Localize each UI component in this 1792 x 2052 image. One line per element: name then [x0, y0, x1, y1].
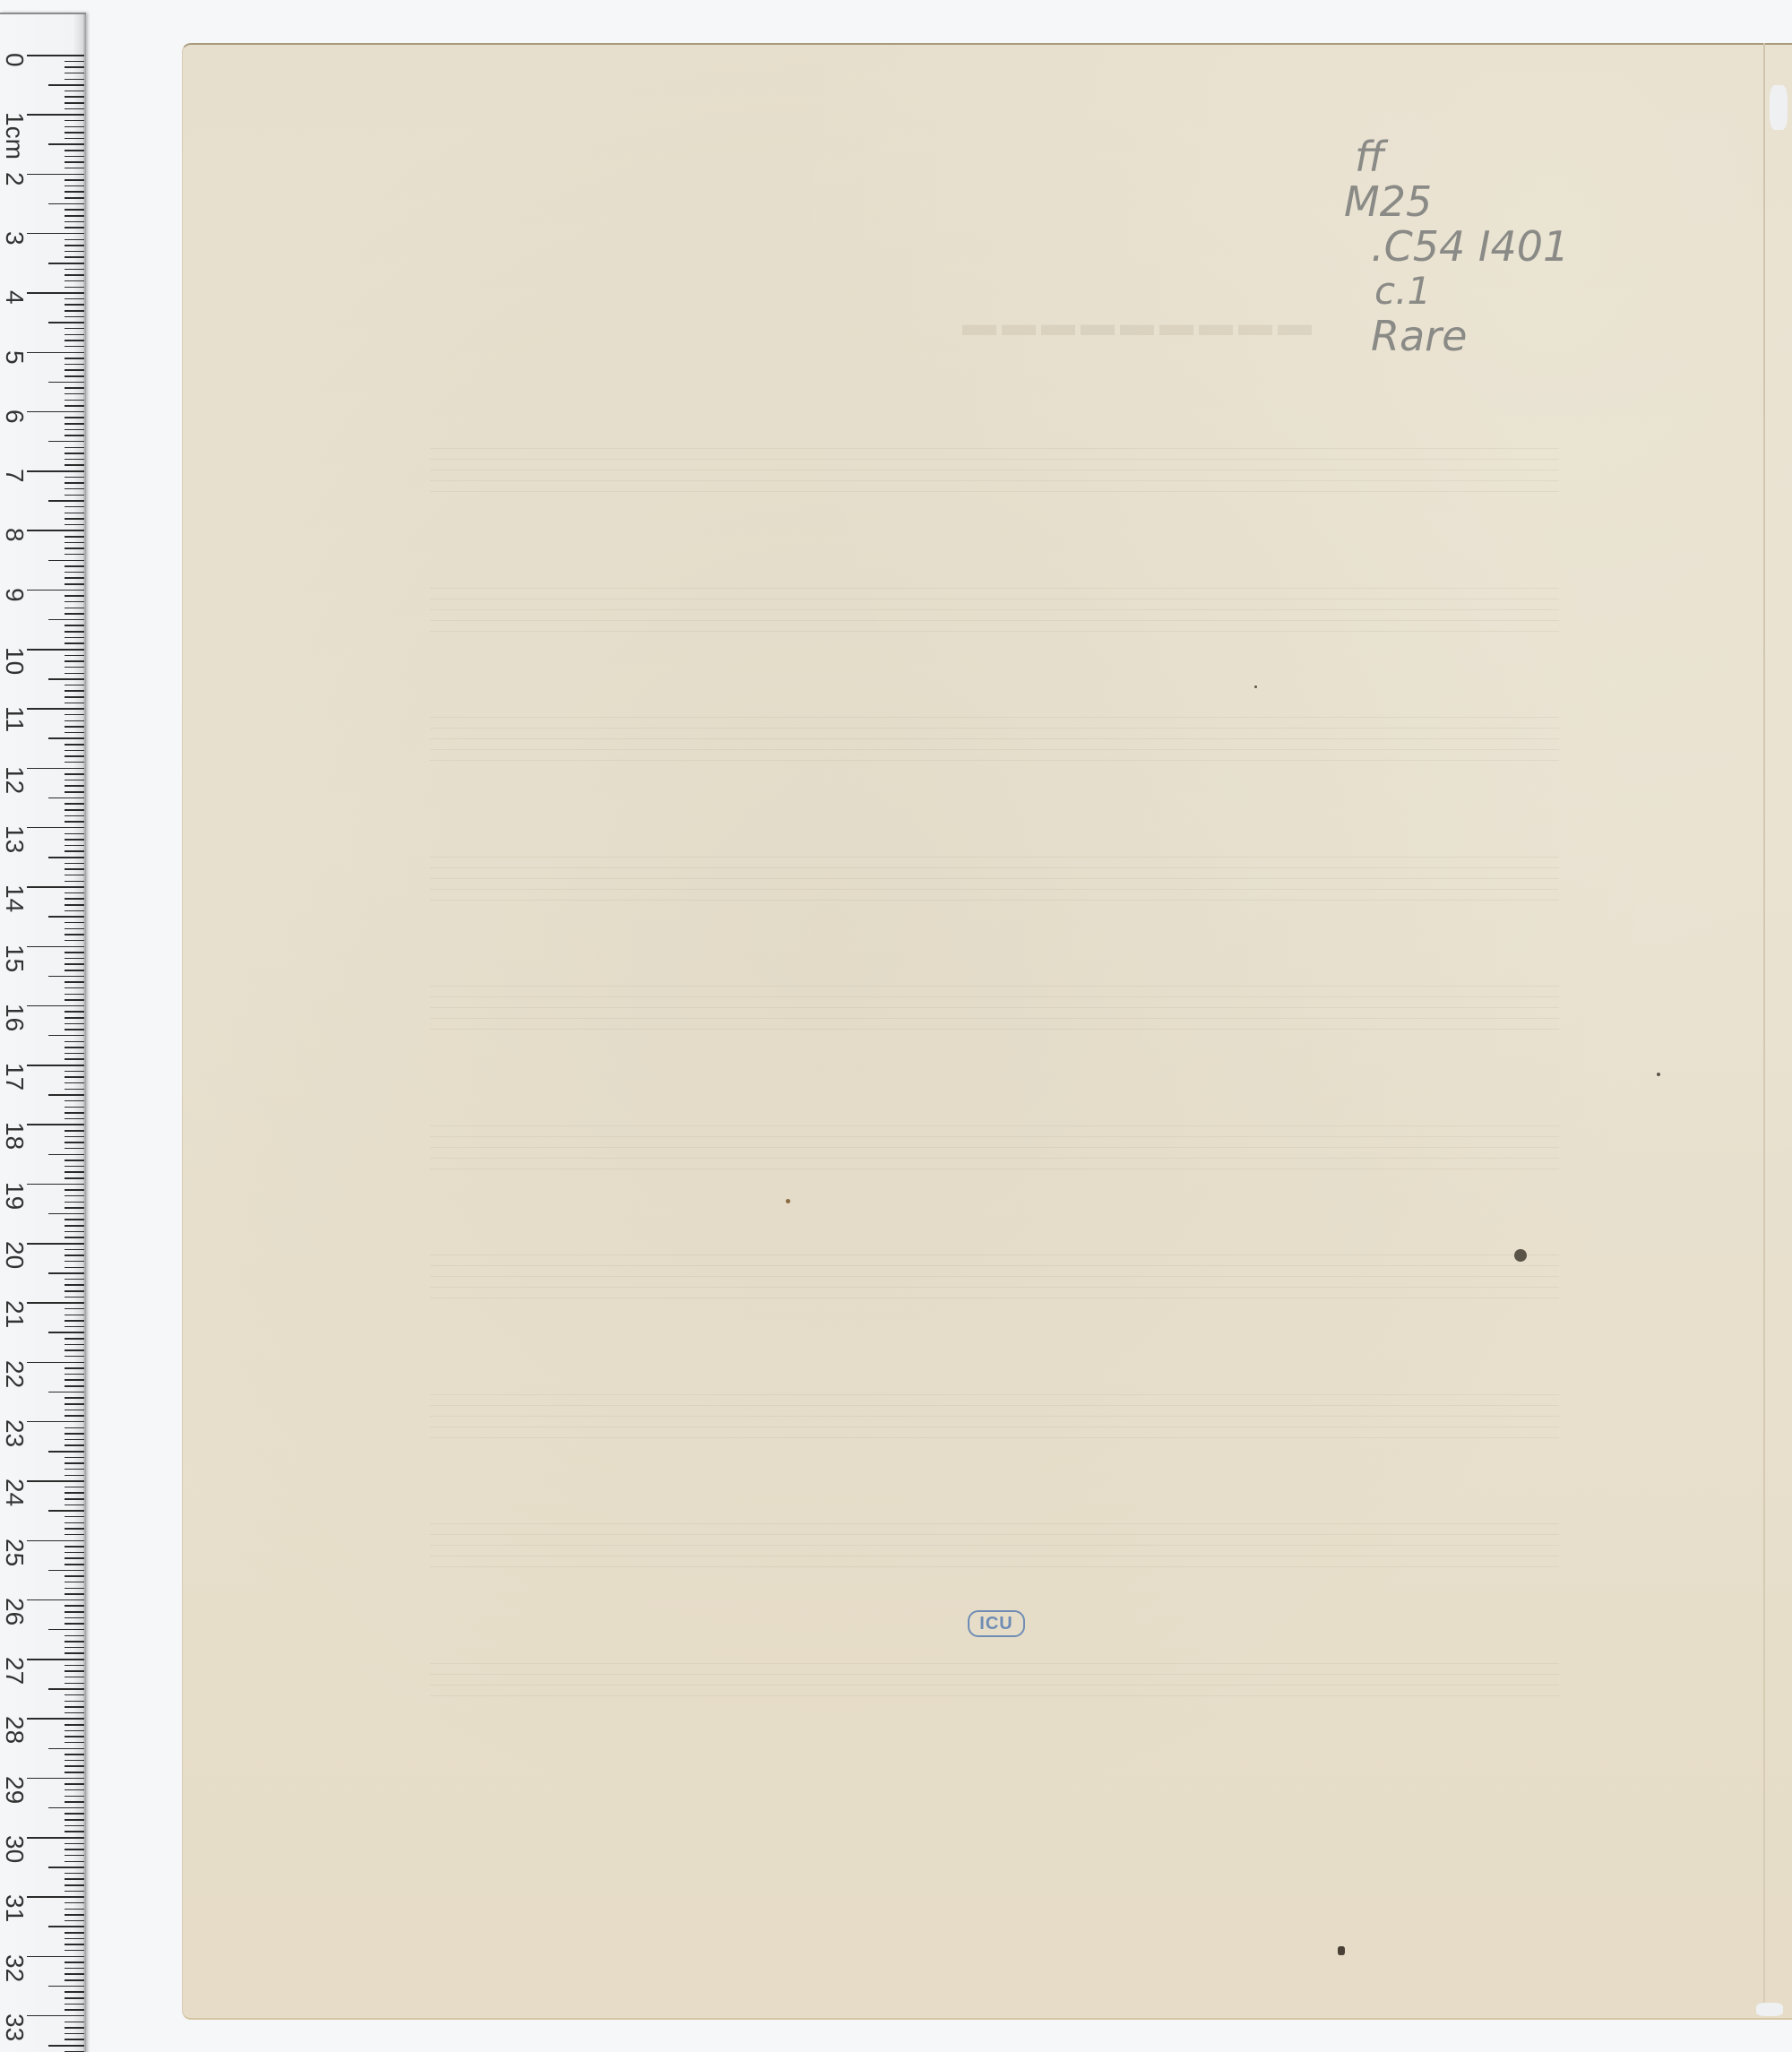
ruler-tick [65, 1130, 84, 1132]
ruler-cm-label: 3 [2, 231, 27, 256]
ruler-tick [65, 1950, 84, 1952]
ruler-tick [65, 1920, 84, 1922]
ruler-tick [65, 1564, 84, 1565]
ruler-tick [65, 1462, 84, 1464]
ruler-tick [65, 1588, 84, 1590]
ruler-tick [27, 1599, 84, 1601]
ruler-tick [65, 1427, 84, 1429]
ruler-tick [65, 750, 84, 752]
ruler-tick [48, 1807, 84, 1809]
ruler-tick [48, 1392, 84, 1393]
ruler-tick [48, 1986, 84, 1987]
ruler-cm-label: 8 [2, 528, 27, 553]
ruler-tick [65, 1279, 84, 1280]
ruler-tick [65, 1492, 84, 1494]
ruler-tick [27, 114, 84, 116]
ruler-tick [65, 536, 84, 538]
ruler-tick [65, 1528, 84, 1530]
ruler-tick [65, 1148, 84, 1150]
ruler-tick [65, 156, 84, 158]
page-fold-line [1763, 43, 1765, 2016]
ruler-tick [65, 744, 84, 746]
ruler-tick [48, 1213, 84, 1215]
ruler-tick [65, 1534, 84, 1536]
ruler-tick [65, 1665, 84, 1667]
ruler-tick [65, 1231, 84, 1233]
ruler-tick [65, 1843, 84, 1845]
ruler-tick [65, 179, 84, 181]
ruler-tick [65, 197, 84, 199]
ruler-tick [65, 583, 84, 585]
ruler-cm-label: 33 [2, 2013, 27, 2039]
ruler-tick [65, 1789, 84, 1791]
ruler-tick [65, 720, 84, 722]
ruler-tick [65, 762, 84, 763]
ruler-tick [65, 1849, 84, 1850]
ruler-tick [65, 1944, 84, 1945]
ruler-tick [48, 1926, 84, 1927]
ruler-tick [65, 1356, 84, 1358]
ruler-tick [27, 768, 84, 770]
ruler-tick [27, 1659, 84, 1660]
ruler-tick [65, 1082, 84, 1084]
ruler-tick [65, 1237, 84, 1238]
ruler-tick [48, 322, 84, 323]
ruler-cm-label: 21 [2, 1300, 27, 1325]
ruler-tick [65, 459, 84, 461]
ruler-tick [65, 572, 84, 573]
ruler-tick [65, 1635, 84, 1637]
ruler-tick [65, 755, 84, 757]
ruler-tick [65, 577, 84, 579]
ruler-tick [27, 946, 84, 948]
ruler-tick [65, 1813, 84, 1815]
ruler-tick [65, 613, 84, 615]
ruler-tick [27, 886, 84, 888]
ruler-tick [65, 1575, 84, 1577]
ruler-tick [65, 340, 84, 341]
ruler-tick [65, 1071, 84, 1073]
ruler-tick [65, 488, 84, 490]
ruler-tick [27, 1718, 84, 1720]
ruler-tick [65, 150, 84, 151]
ruler-tick [65, 185, 84, 187]
ruler-tick [65, 316, 84, 318]
ruler-tick [65, 1617, 84, 1619]
ruler-tick [65, 922, 84, 924]
ruler-tick [65, 1011, 84, 1013]
ruler-tick [65, 1593, 84, 1595]
ruler-tick [65, 298, 84, 300]
ruler-tick [65, 660, 84, 662]
ruler-tick [65, 1997, 84, 1999]
ruler-tick [65, 1338, 84, 1340]
ruler-tick [65, 1938, 84, 1940]
ruler-cm-label: 32 [2, 1954, 27, 1979]
ruler-tick [65, 1623, 84, 1625]
ruler-tick [65, 1991, 84, 1993]
ruler-tick [65, 280, 84, 282]
ruler-tick [65, 1670, 84, 1672]
ruler-tick [27, 55, 84, 56]
ruler-tick [65, 1909, 84, 1910]
ruler-tick [65, 690, 84, 692]
ruler-tick [65, 423, 84, 425]
ruler-tick [65, 1308, 84, 1310]
ruler-tick [65, 429, 84, 431]
ruler-tick [65, 815, 84, 817]
ruler-tick [48, 737, 84, 739]
ruler-tick [65, 839, 84, 841]
ruler-tick [65, 1742, 84, 1744]
ruler-tick [65, 1142, 84, 1143]
ruler-tick [65, 1249, 84, 1251]
ruler-tick [65, 958, 84, 960]
ruler-tick [65, 1261, 84, 1263]
foxing-spot [1657, 1073, 1660, 1076]
torn-corner [1756, 2003, 1783, 2016]
ruler-tick [65, 191, 84, 193]
ruler-tick [65, 1736, 84, 1737]
ruler-tick [65, 2009, 84, 2011]
ruler-tick [65, 1207, 84, 1209]
ruler-cm-label: 26 [2, 1598, 27, 1623]
ruler-tick [65, 1498, 84, 1500]
ruler-tick [65, 863, 84, 865]
ruler-tick [65, 464, 84, 466]
library-stamp: ICU [968, 1610, 1025, 1637]
ruler-tick [65, 79, 84, 81]
ruler-tick [65, 1694, 84, 1696]
ruler-tick [65, 1047, 84, 1048]
ruler-tick [27, 292, 84, 294]
ruler-tick [65, 227, 84, 228]
ruler-tick [48, 619, 84, 621]
ruler-tick [65, 1760, 84, 1762]
ruler-tick [65, 1444, 84, 1446]
ruler-tick [65, 269, 84, 271]
ruler-tick [27, 649, 84, 651]
ruler-cm-label: 16 [2, 1004, 27, 1029]
annotation-line-3: .C54 I401 [1371, 224, 1569, 269]
ruler-tick [48, 1154, 84, 1156]
ruler-tick [65, 358, 84, 359]
ruler-tick [65, 2022, 84, 2023]
ruler-cm-label: 18 [2, 1122, 27, 1147]
ruler-tick [27, 470, 84, 472]
ruler-tick [65, 310, 84, 312]
ruler-tick [65, 642, 84, 644]
ruler-tick [65, 1029, 84, 1030]
ruler-tick [65, 1171, 84, 1173]
ruler-tick [65, 506, 84, 508]
ink-spot [1514, 1249, 1527, 1262]
ruler-tick [65, 667, 84, 668]
ruler-tick [65, 120, 84, 122]
pencil-call-number-annotation: ff M25 .C54 I401 c.1 Rare [1344, 134, 1569, 358]
ruler-tick [65, 928, 84, 930]
annotation-line-5: Rare [1371, 314, 1569, 358]
ruler-tick [65, 637, 84, 639]
ruler-cm-label: 5 [2, 350, 27, 375]
ruler-tick [48, 1867, 84, 1868]
ruler-tick [65, 703, 84, 704]
ruler-tick [65, 595, 84, 597]
ruler-cm-label: 12 [2, 766, 27, 791]
ruler-tick [65, 369, 84, 371]
foxing-spot [1254, 685, 1257, 688]
ruler-cm-label: 19 [2, 1182, 27, 1207]
ruler-tick [65, 1552, 84, 1554]
ruler-tick [65, 685, 84, 686]
ruler-tick [65, 1884, 84, 1886]
ruler-tick [65, 780, 84, 781]
ruler-tick [48, 441, 84, 443]
ruler-tick [65, 1825, 84, 1827]
ruler-tick [65, 1415, 84, 1417]
ruler-tick [65, 1177, 84, 1179]
ruler-tick [65, 1861, 84, 1863]
ruler-tick [65, 845, 84, 847]
ruler-tick [65, 2004, 84, 2005]
ruler-tick [65, 1107, 84, 1108]
ruler-tick [65, 987, 84, 989]
ruler-tick [65, 1605, 84, 1607]
ruler-tick [65, 375, 84, 377]
ruler-tick [65, 1873, 84, 1875]
ruler-tick [65, 1166, 84, 1168]
ruler-tick [65, 2033, 84, 2035]
show-through-title: ▬▬▬▬▬▬▬▬▬ [962, 305, 1317, 344]
ruler-tick [48, 84, 84, 86]
ruler-cm-label: 30 [2, 1835, 27, 1860]
ruler-cm-label: 14 [2, 884, 27, 910]
ruler-tick [48, 857, 84, 858]
ruler-tick [65, 1968, 84, 1970]
ruler-tick [65, 608, 84, 609]
ruler-tick [65, 1195, 84, 1197]
ruler-tick [65, 791, 84, 793]
ruler-cm-label: 1cm [2, 112, 27, 137]
ruler-tick [65, 1831, 84, 1832]
ruler-tick [65, 875, 84, 876]
ruler-cm-label: 4 [2, 290, 27, 315]
ruler-tick [65, 1284, 84, 1286]
ruler-tick [65, 435, 84, 436]
ruler-tick [65, 91, 84, 92]
ruler-tick [65, 132, 84, 134]
ruler-tick [48, 1332, 84, 1333]
annotation-line-4: c.1 [1374, 269, 1569, 314]
ruler-tick [48, 1570, 84, 1572]
ruler-tick [65, 1765, 84, 1767]
ruler-tick [65, 287, 84, 289]
ruler-tick [65, 73, 84, 74]
ruler-tick [65, 1225, 84, 1227]
ruler-tick [65, 66, 84, 68]
ruler-tick [65, 1611, 84, 1613]
annotation-line-2: M25 [1344, 179, 1569, 224]
ruler-tick [65, 542, 84, 544]
ruler-tick [65, 1878, 84, 1880]
ruler-tick [65, 1932, 84, 1934]
ruler-tick [48, 382, 84, 384]
ruler-cm-label: 27 [2, 1657, 27, 1682]
ruler-tick [65, 1819, 84, 1821]
ruler-tick [65, 1290, 84, 1292]
ruler-tick [65, 405, 84, 407]
ruler-tick [65, 108, 84, 110]
ruler-tick [48, 1629, 84, 1631]
ruler-tick [48, 678, 84, 680]
ruler-tick [65, 1089, 84, 1091]
ruler-tick [65, 161, 84, 163]
ruler-tick [48, 560, 84, 562]
ruler-tick [27, 2015, 84, 2017]
ruler-tick [65, 1344, 84, 1346]
ruler-tick [65, 1041, 84, 1043]
ruler-tick [65, 904, 84, 906]
ruler-tick [65, 1189, 84, 1191]
ruler-tick [65, 256, 84, 258]
ruler-tick [65, 387, 84, 389]
ruler-tick [48, 203, 84, 205]
ruler-tick [65, 999, 84, 1001]
ruler-tick [65, 809, 84, 811]
ruler-tick [27, 1778, 84, 1780]
ruler-tick [27, 1362, 84, 1364]
ruler-tick [65, 934, 84, 935]
ruler-tick [27, 827, 84, 829]
ruler-tick [27, 708, 84, 710]
ruler-tick [27, 1124, 84, 1125]
ruler-tick [65, 1647, 84, 1649]
ruler-tick [48, 1748, 84, 1750]
ruler-tick [65, 513, 84, 514]
ruler-tick [27, 1480, 84, 1482]
ruler-tick [65, 625, 84, 626]
ruler-tick [48, 2045, 84, 2047]
ruler-tick [65, 1267, 84, 1269]
ruler-tick [65, 881, 84, 883]
ruler-tick [65, 1557, 84, 1559]
ruler-tick [65, 1475, 84, 1477]
ruler-tick [65, 1902, 84, 1904]
ruler-tick [65, 251, 84, 253]
ruler-cm-label: 31 [2, 1894, 27, 1919]
ruler-tick [65, 1254, 84, 1256]
ruler-tick [27, 352, 84, 354]
ruler-tick [65, 803, 84, 805]
ruler-tick [48, 916, 84, 918]
ruler-tick [65, 1385, 84, 1387]
ruler-tick [65, 524, 84, 526]
ruler-tick [65, 1017, 84, 1019]
ruler-cm-label: 28 [2, 1716, 27, 1741]
ruler-tick [65, 400, 84, 401]
ruler-tick [65, 1754, 84, 1755]
ruler-tick [65, 1973, 84, 1975]
ruler-tick [65, 334, 84, 336]
ruler-tick [27, 174, 84, 176]
ruler-tick [65, 1112, 84, 1114]
ruler-tick [27, 1956, 84, 1958]
annotation-line-1: ff [1355, 134, 1569, 179]
ruler-tick [65, 970, 84, 971]
ruler-tick [65, 518, 84, 520]
ruler-tick [65, 482, 84, 484]
ruler-tick [65, 215, 84, 217]
ruler-tick [65, 1961, 84, 1963]
ruler-tick [65, 1433, 84, 1435]
ruler-tick [27, 1896, 84, 1898]
ruler-tick [65, 547, 84, 549]
ruler-tick [65, 1546, 84, 1548]
ruler-tick [27, 590, 84, 591]
ruler-tick [65, 952, 84, 953]
ruler-tick [65, 1457, 84, 1459]
ruler-tick [48, 976, 84, 978]
ruler-tick [65, 138, 84, 140]
ruler-tick [65, 1410, 84, 1411]
ruler-tick [65, 245, 84, 246]
ruler-tick [65, 1505, 84, 1506]
ruler-tick [48, 1510, 84, 1512]
ruler-tick [65, 1076, 84, 1078]
ruler-tick [65, 1160, 84, 1161]
ruler-cm-label: 17 [2, 1063, 27, 1088]
ruler-tick [65, 1730, 84, 1732]
ruler-tick [65, 732, 84, 734]
ruler-tick [65, 1136, 84, 1138]
ruler-cm-label: 20 [2, 1241, 27, 1266]
ruler-tick [65, 1053, 84, 1055]
ruler-tick [65, 1582, 84, 1583]
ruler-tick [48, 143, 84, 145]
ruler-tick [65, 61, 84, 63]
ruler-tick [65, 1367, 84, 1369]
ruler-tick [65, 1783, 84, 1785]
ruler-cm-label: 11 [2, 706, 27, 731]
ruler-cm-label: 23 [2, 1419, 27, 1444]
ruler-tick [65, 1801, 84, 1803]
ruler-tick [27, 530, 84, 531]
ruler-tick [48, 798, 84, 799]
measurement-ruler: 01cm234567891011121314151617181920212223… [0, 13, 86, 2052]
ruler-tick [65, 1326, 84, 1328]
ruler-tick [48, 1451, 84, 1453]
ruler-tick [65, 495, 84, 496]
ruler-tick [65, 168, 84, 169]
ruler-tick [65, 726, 84, 728]
ruler-tick [65, 221, 84, 223]
ruler-tick [65, 477, 84, 479]
ruler-tick [65, 631, 84, 633]
ruler-tick [27, 233, 84, 235]
ruler-tick [65, 821, 84, 823]
ruler-tick [65, 898, 84, 900]
ruler-cm-label: 25 [2, 1539, 27, 1564]
ruler-tick [65, 1118, 84, 1120]
ruler-cm-label: 29 [2, 1776, 27, 1801]
ruler-tick [65, 892, 84, 894]
ruler-cm-label: 22 [2, 1360, 27, 1385]
ruler-tick [65, 417, 84, 418]
ruler-tick [65, 1641, 84, 1642]
ruler-tick [65, 981, 84, 983]
ruler-tick [27, 1837, 84, 1839]
ruler-cm-label: 10 [2, 647, 27, 672]
